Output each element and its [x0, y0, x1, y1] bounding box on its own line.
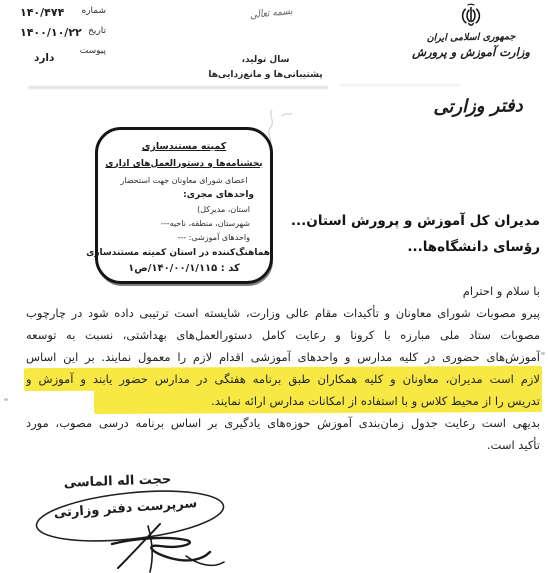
recipient-line-2: رؤسای دانشگاه‌ها...	[291, 234, 540, 260]
iran-emblem-icon	[458, 3, 484, 31]
stamp-council-note: اعضای شورای معاونان جهت استحضار	[98, 177, 270, 185]
stamp-province-line: استان، مدیرکل)	[98, 206, 270, 214]
body-line-highlighted: تدریس را از محیط کلاس و با استفاده از ام…	[26, 390, 540, 412]
recipient-line-1: مدیران کل آموزش و پرورش استان...	[291, 208, 540, 234]
country-name: جمهوری اسلامی ایران	[412, 31, 530, 44]
letter-meta-block: شماره ۱۴۰/۴۷۴ تاریخ ۱۴۰۰/۱۰/۲۲ پیوست دار…	[20, 6, 106, 71]
body-salutation: با سلام و احترام	[26, 280, 540, 302]
date-label: تاریخ	[88, 26, 106, 36]
number-value: ۱۴۰/۴۷۴	[20, 6, 64, 19]
stamp-committee-title: کمیته مستندسازی	[98, 142, 270, 152]
letter-body: با سلام و احترام پیرو مصوبات شورای معاون…	[26, 280, 540, 456]
attachment-label: پیوست	[80, 46, 106, 56]
stamp-subtitle: بخشنامه‌ها و دستورالعمل‌های اداری	[98, 160, 270, 169]
office-title: دفتر وزارتی	[428, 95, 528, 118]
bismillah-handwriting: بسمه تعالی	[249, 5, 293, 21]
scan-smudge-line	[28, 86, 328, 89]
stamp-county-line: شهرستان، منطقه، ناحیه---	[98, 220, 270, 228]
body-line: پیرو مصوبات شورای معاونان و تأکیدات مقام…	[26, 302, 540, 324]
body-line-highlighted: لازم است مدیران، معاونان و کلیه همکاران …	[26, 368, 540, 390]
stamp-executing-units-label: واحدهای مجری:	[98, 191, 270, 200]
body-line: بدیهی است رعایت جدول زمان‌بندی آموزش حوز…	[26, 412, 540, 434]
stamp-coordinator-line: هماهنگ‌کننده در استان کمیته مستندسازی	[98, 249, 270, 258]
number-label: شماره	[81, 6, 106, 16]
body-closing-line: تأکید است.	[26, 434, 540, 456]
scan-smudge-line-2	[340, 84, 460, 86]
year-slogan: سال تولید، پشتیبانی‌ها و مانع‌زدایی‌ها	[203, 53, 328, 83]
attachment-value: دارد	[34, 52, 54, 64]
documentation-committee-stamp: کمیته مستندسازی بخشنامه‌ها و دستورالعمل‌…	[95, 127, 273, 284]
stamp-code-line: کد : ۱۴۰/۰۰/۱/۱۱۵/ص۱	[98, 264, 270, 274]
date-value: ۱۴۰۰/۱۰/۲۲	[20, 26, 82, 39]
scan-speck	[541, 352, 545, 355]
ministry-name: وزارت آموزش و پرورش	[412, 45, 530, 59]
body-line: مصوبات ستاد ملی مبارزه با کرونا و رعایت …	[26, 324, 540, 346]
stamp-education-units-line: واحدهای آموزشی: ---	[98, 234, 270, 242]
meta-number-row: شماره ۱۴۰/۴۷۴	[20, 6, 106, 19]
body-line: آموزش‌های حضوری در کلیه مدارس و واحدهای …	[26, 346, 540, 368]
meta-date-row: تاریخ ۱۴۰۰/۱۰/۲۲	[20, 26, 106, 39]
letterhead-block: جمهوری اسلامی ایران وزارت آموزش و پرورش	[412, 3, 530, 59]
meta-attachment-row: پیوست دارد	[20, 46, 106, 64]
year-slogan-line2: پشتیبانی‌ها و مانع‌زدایی‌ها	[203, 68, 328, 83]
year-slogan-line1: سال تولید،	[203, 53, 328, 68]
recipients-block: مدیران کل آموزش و پرورش استان... رؤسای د…	[291, 208, 540, 260]
scan-speck-2	[4, 398, 8, 401]
scanned-letter-page: شماره ۱۴۰/۴۷۴ تاریخ ۱۴۰۰/۱۰/۲۲ پیوست دار…	[0, 0, 548, 573]
signature-scribble	[90, 522, 240, 573]
